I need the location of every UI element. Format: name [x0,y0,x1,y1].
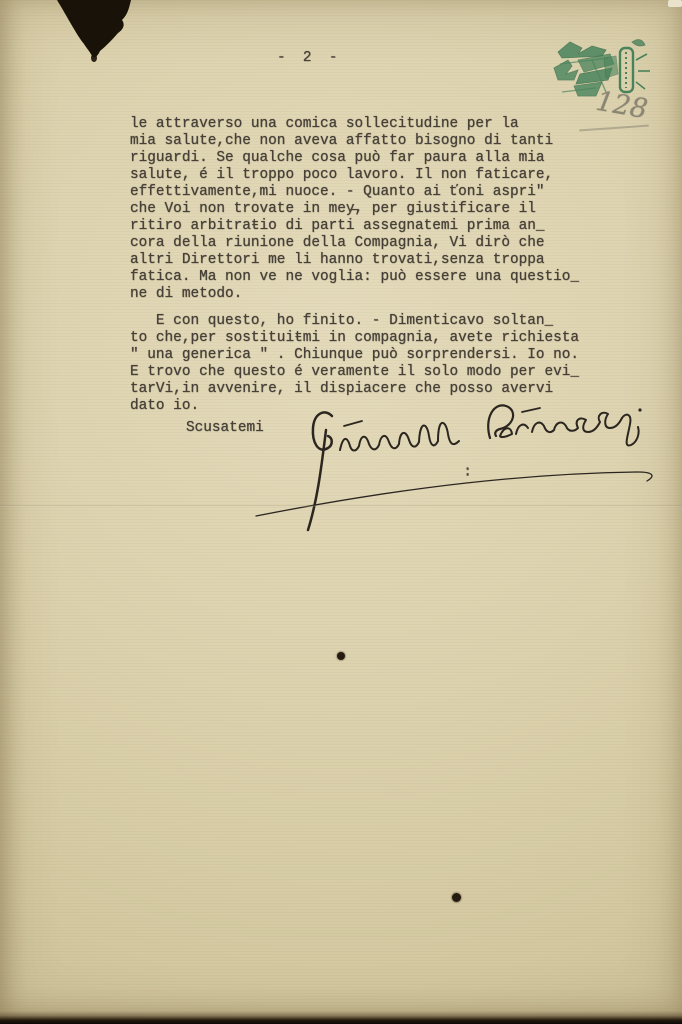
typed-text-line: to che,per sostituiŧmi in compagnia, ave… [130,330,579,347]
typed-text-line: le attraverso una comica sollecitudine p… [130,116,579,133]
ink-spot [337,652,345,660]
typed-text-line: fatica. Ma non ve ne voglia: può essere … [130,269,579,286]
corner-paper-speck [668,0,682,7]
typed-text-line: salute, é il troppo poco lavoro. Il non … [130,167,579,184]
paragraph-1: le attraverso una comica sollecitudine p… [130,116,579,303]
typed-text-line: riguardi. Se qualche cosa può far paura … [130,150,579,167]
typed-text-line: E con questo, ho finito. - Dimenticavo s… [130,313,579,330]
letter-body: le attraverso una comica sollecitudine p… [130,116,579,415]
ink-blot [48,0,140,64]
pencil-underline-stroke [579,125,649,132]
typed-text-line: ne di metodo. [130,286,579,303]
typed-text-line: effettivamente,mi nuoce. - Quanto ai ťon… [130,184,579,201]
typed-text-line: " una generica " . Chiunque può sorprend… [130,347,579,364]
page-number: - 2 - [277,50,337,67]
typed-text-line: altri Direttori me li hanno trovati,senz… [130,252,579,269]
signature-antonella-petrucci [248,398,668,538]
letter-page: 128 - 2 - le attraverso una comica solle… [0,0,682,1024]
fold-crease-line [0,505,682,507]
typed-text-line: E trovo che questo é veramente il solo m… [130,364,579,381]
typed-text-line: cora della riunione della Compagnia, Vi … [130,235,579,252]
typed-text-line: che Voi non trovate in mey̶, per giustif… [130,201,579,218]
typed-text-line: mia salute,che non aveva affatto bisogno… [130,133,579,150]
typed-text-line: ritiro arbitraŧio di parti assegnatemi p… [130,218,579,235]
paper-bottom-edge-shadow [0,1011,682,1024]
typed-text-line: tarVi,in avvenire, il dispiacere che pos… [130,381,579,398]
ink-spot [452,893,461,902]
